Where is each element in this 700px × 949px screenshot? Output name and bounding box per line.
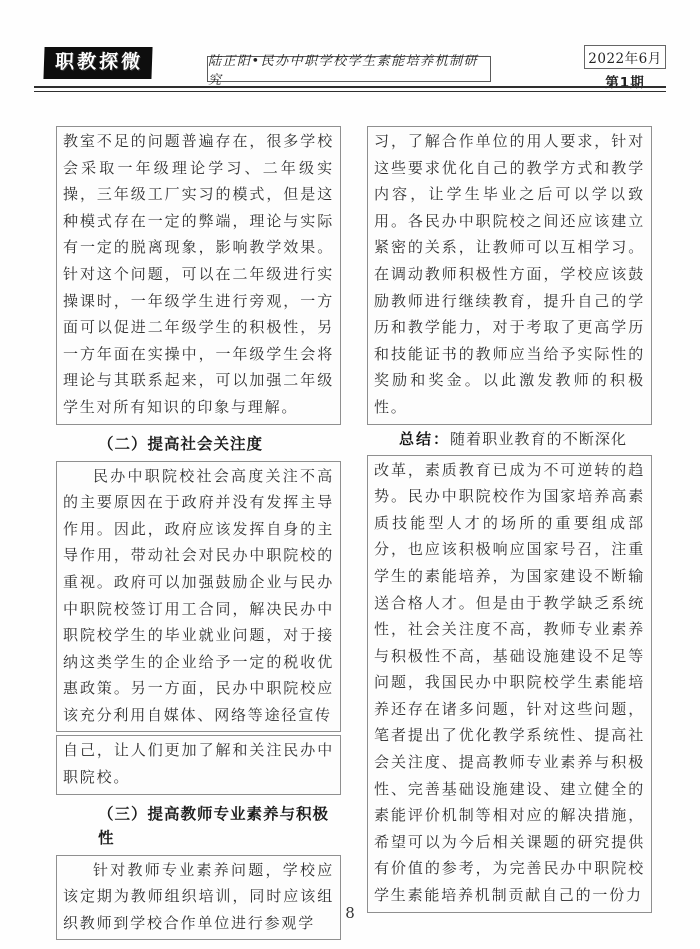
right-column: 习，了解合作单位的用人要求，针对这些要求优化自己的教学方式和教学内容，让学生毕业…: [367, 126, 652, 913]
paragraph-block: 民办中职院校社会高度关注不高的主要原因在于政府并没有发挥主导作用。因此，政府应该…: [56, 461, 341, 733]
running-title: 陆正阳•民办中职学校学生素能培养机制研究: [208, 50, 490, 88]
left-column: 教室不足的问题普遍存在，很多学校会采取一年级理论学习、二年级实操，三年级工厂实习…: [56, 126, 341, 940]
header-divider-rule: [34, 86, 666, 92]
section-heading-2: （二）提高社会关注度: [56, 432, 341, 456]
summary-lead-text: 随着职业教育的不断深化: [450, 430, 627, 448]
paragraph-block: 改革，素质教育已成为不可逆转的趋势。民办中职院校作为国家培养高素质技能型人才的场…: [367, 455, 652, 913]
paragraph-block: 习，了解合作单位的用人要求，针对这些要求优化自己的教学方式和教学内容，让学生毕业…: [367, 126, 652, 425]
issue-info: 2022年6月 第1期: [583, 45, 667, 91]
paragraph-block: 自己，让人们更加了解和关注民办中职院校。: [56, 735, 341, 794]
issue-date: 2022年6月: [584, 45, 665, 69]
journal-masthead-logo: 职教探微: [43, 47, 152, 79]
journal-page: 职教探微 陆正阳•民办中职学校学生素能培养机制研究 2022年6月 第1期 教室…: [0, 0, 700, 949]
page-number: 8: [0, 904, 700, 922]
summary-lead-line: 总结：随着职业教育的不断深化: [367, 426, 652, 452]
running-title-box: 陆正阳•民办中职学校学生素能培养机制研究: [207, 56, 491, 82]
paragraph-block: 针对教师专业素养问题，学校应该定期为教师组织培训，同时应该组织教师到学校合作单位…: [56, 855, 341, 941]
summary-label: 总结：: [399, 430, 450, 448]
section-heading-3: （三）提高教师专业素养与积极性: [56, 802, 341, 850]
paragraph-block: 教室不足的问题普遍存在，很多学校会采取一年级理论学习、二年级实操，三年级工厂实习…: [56, 126, 341, 425]
